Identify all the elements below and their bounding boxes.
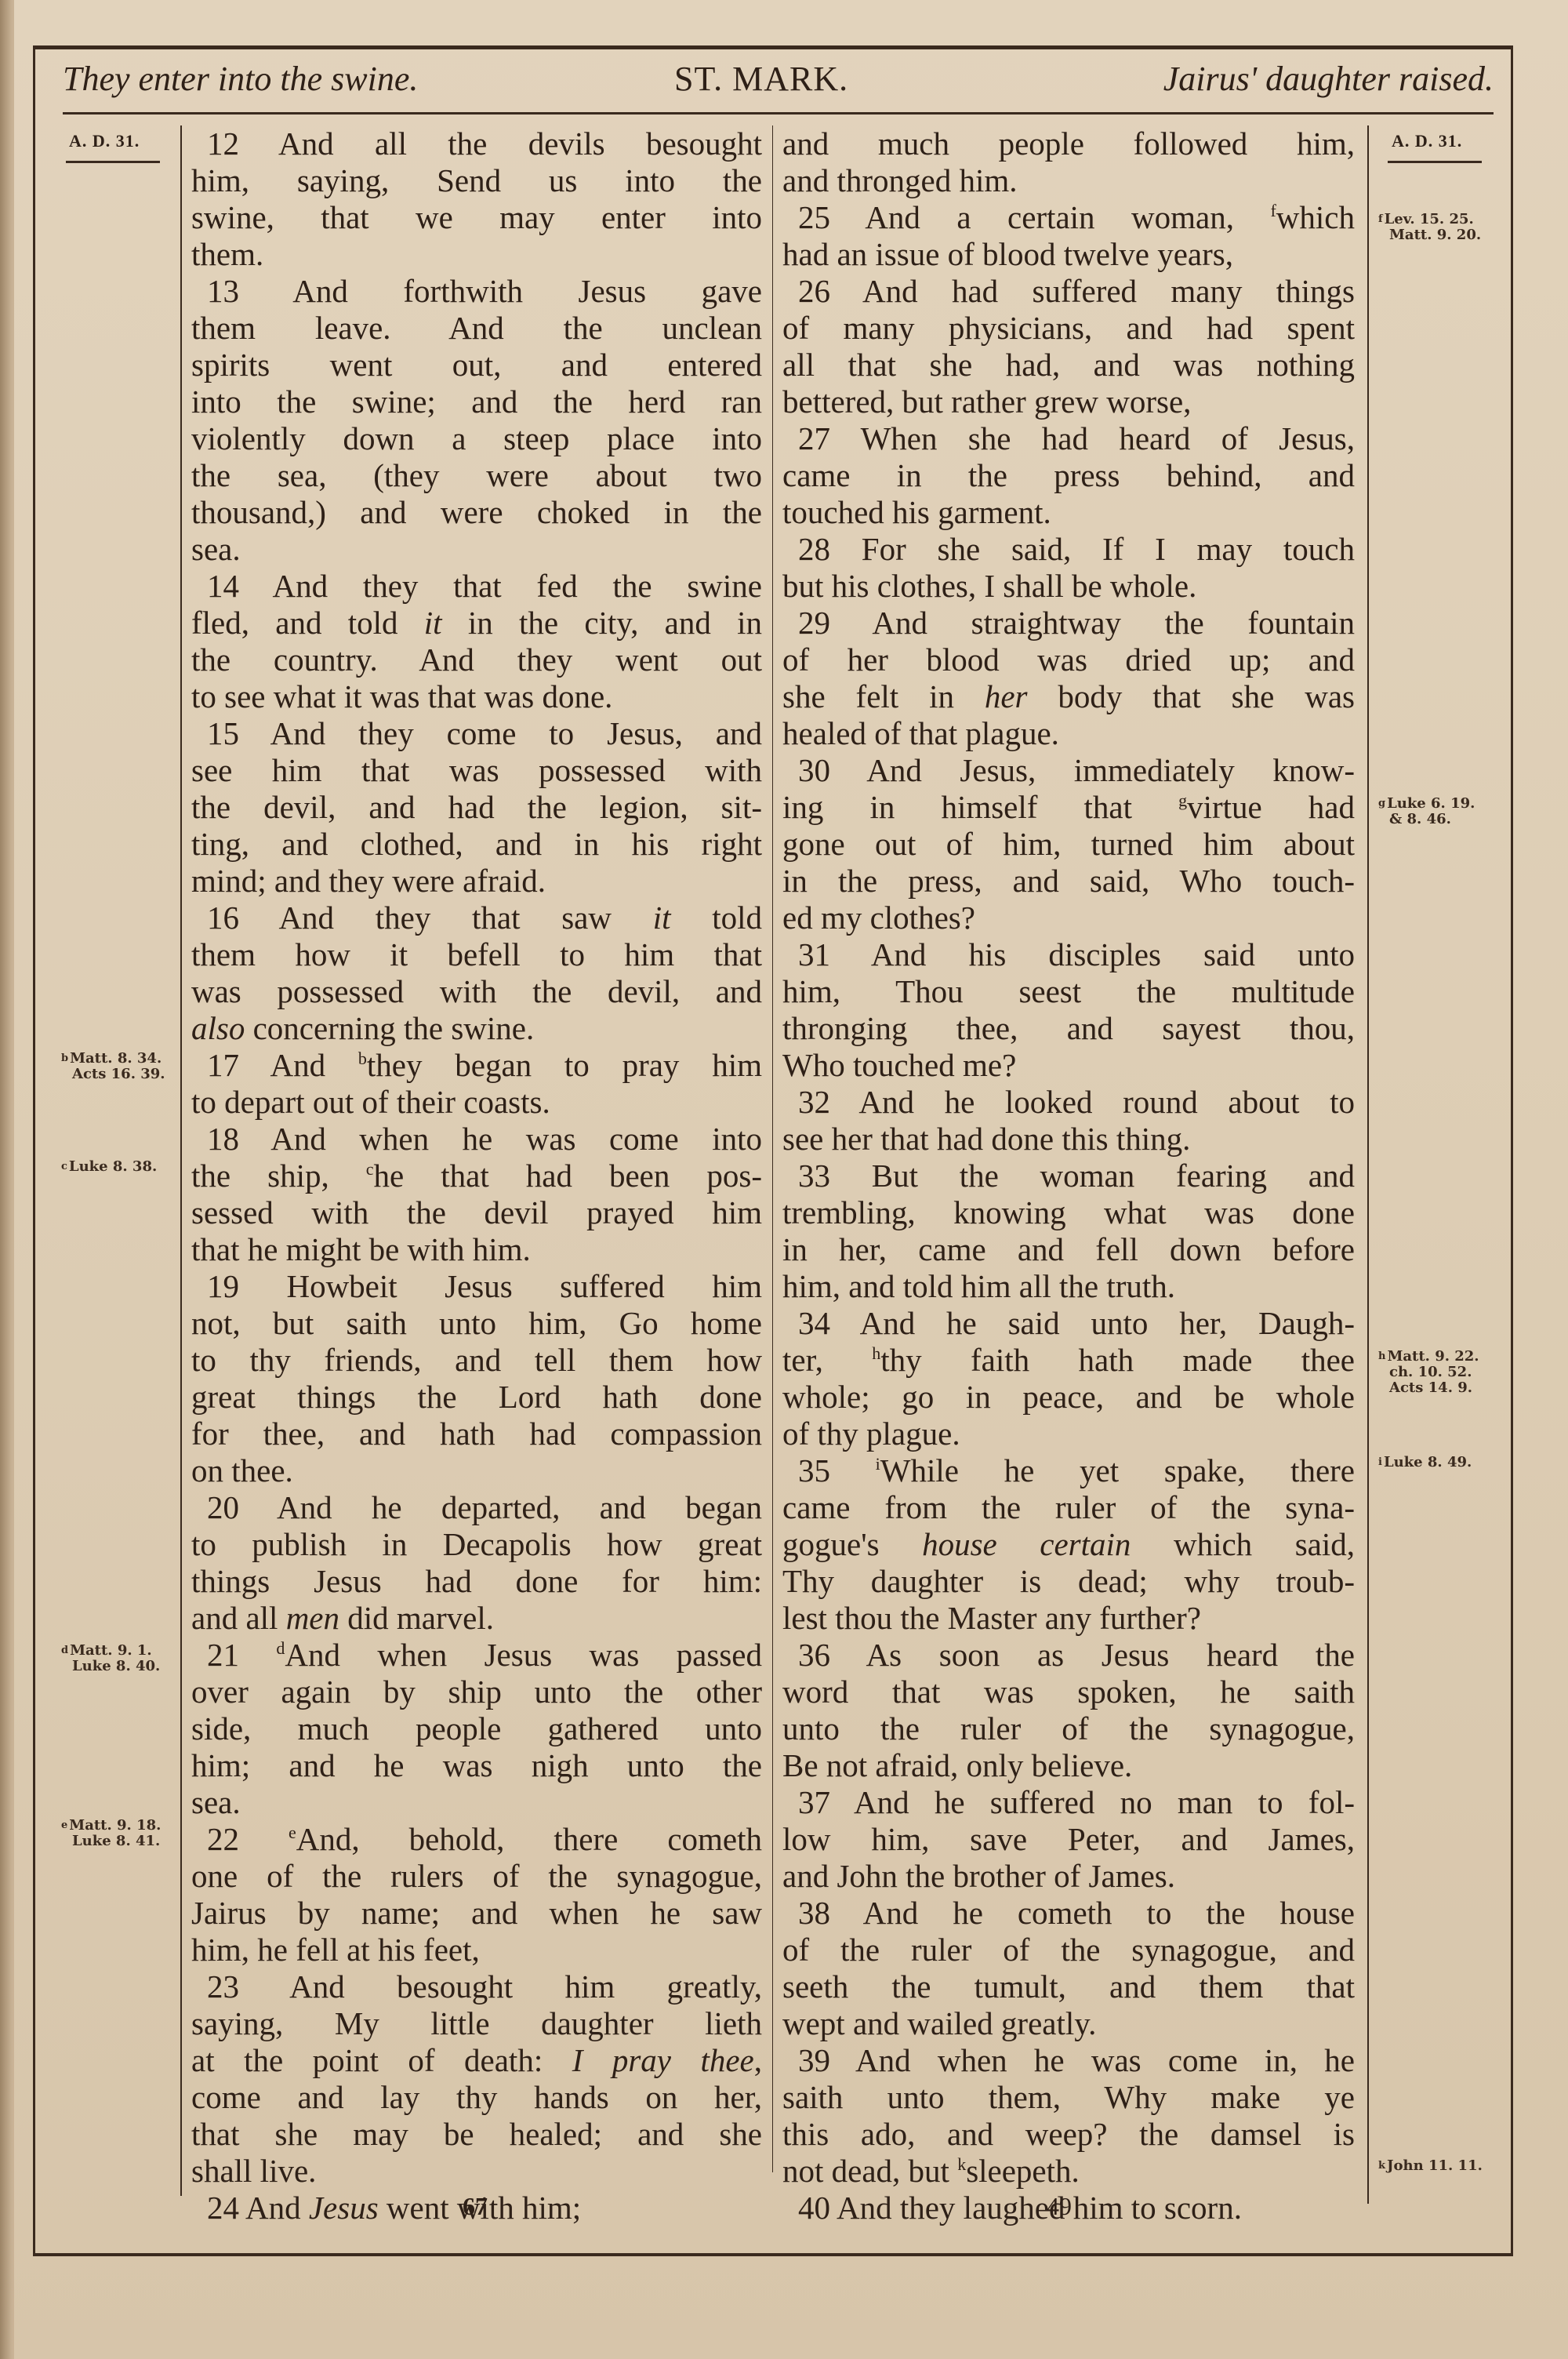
scripture-line: for thee, and hath had compassion <box>191 1416 762 1452</box>
reference-marker: h <box>872 1343 880 1363</box>
scripture-line: side, much people gathered unto <box>191 1710 762 1747</box>
scripture-line: ter, hthy faith hath made thee <box>782 1342 1355 1379</box>
scripture-line: 29 And straightway the fountain <box>782 605 1355 642</box>
reference-citation: Luke 6. 19. <box>1387 795 1475 812</box>
scripture-line: sessed with the devil prayed him <box>191 1194 762 1231</box>
scripture-line: 34 And he said unto her, Daugh- <box>782 1305 1355 1342</box>
marginal-reference: hMatt. 9. 22.ch. 10. 52.Acts 14. 9. <box>1378 1349 1479 1396</box>
scripture-line: great things the Lord hath done <box>191 1379 762 1416</box>
reference-citation: Matt. 9. 18. <box>69 1817 161 1834</box>
scripture-line: violently down a steep place into <box>191 420 762 457</box>
scripture-line: 15 And they come to Jesus, and <box>191 715 762 752</box>
scripture-line: word that was spoken, he saith <box>782 1674 1355 1710</box>
scripture-line: 26 And had suffered many things <box>782 273 1355 310</box>
scripture-line: 31 And his disciples said unto <box>782 936 1355 973</box>
reference-citation: Matt. 9. 20. <box>1389 227 1481 243</box>
left-margin-date-label: A. D. 31. <box>69 131 140 151</box>
scripture-line: him, saying, Send us into the <box>191 162 762 199</box>
scripture-line: him, he fell at his feet, <box>191 1932 762 1968</box>
reference-citation: ch. 10. 52. <box>1389 1364 1472 1380</box>
scripture-line: of her blood was dried up; and <box>782 642 1355 678</box>
scripture-line: to thy friends, and tell them how <box>191 1342 762 1379</box>
scripture-line: 14 And they that fed the swine <box>191 568 762 605</box>
scripture-line: 19 Howbeit Jesus suffered him <box>191 1268 762 1305</box>
scripture-line: to see what it was that was done. <box>191 678 762 715</box>
scripture-line: 30 And Jesus, immediately know- <box>782 752 1355 789</box>
marginal-reference: iLuke 8. 49. <box>1378 1455 1472 1470</box>
scripture-line: 36 As soon as Jesus heard the <box>782 1637 1355 1674</box>
left-margin-rule <box>180 125 182 2196</box>
scripture-line: 23 And besought him greatly, <box>191 1968 762 2005</box>
scripture-line: unto the ruler of the synagogue, <box>782 1710 1355 1747</box>
scripture-line: was possessed with the devil, and <box>191 973 762 1010</box>
italic-supplied-word: I pray thee <box>572 2042 754 2078</box>
scripture-line: shall live. <box>191 2153 762 2190</box>
reference-marker: c <box>61 1161 67 1172</box>
reference-marker: i <box>876 1454 880 1474</box>
scripture-line: ed my clothes? <box>782 900 1355 936</box>
scripture-line: came in the press behind, and <box>782 457 1355 494</box>
scripture-line: 35 iWhile he yet spake, there <box>782 1452 1355 1489</box>
reference-marker: h <box>1378 1350 1385 1362</box>
marginal-reference: eMatt. 9. 18.Luke 8. 41. <box>61 1818 161 1849</box>
scripture-line: him; and he was nigh unto the <box>191 1747 762 1784</box>
scripture-line: lest thou the Master any further? <box>782 1600 1355 1637</box>
reference-citation: John 11. 11. <box>1387 2157 1483 2174</box>
scripture-line: Be not afraid, only believe. <box>782 1747 1355 1784</box>
scripture-line: 28 For she said, If I may touch <box>782 531 1355 568</box>
scripture-line: 18 And when he was come into <box>191 1121 762 1158</box>
scripture-line: 37 And he suffered no man to fol- <box>782 1784 1355 1821</box>
reference-marker: f <box>1270 201 1276 220</box>
scripture-line: over again by ship unto the other <box>191 1674 762 1710</box>
scripture-line: saying, My little daughter lieth <box>191 2005 762 2042</box>
scripture-line: 12 And all the devils besought <box>191 125 762 162</box>
reference-marker: f <box>1378 213 1383 225</box>
reference-marker: g <box>1178 791 1187 810</box>
scripture-line: him, and told him all the truth. <box>782 1268 1355 1305</box>
scripture-line: come and lay thy hands on her, <box>191 2079 762 2116</box>
scripture-line: of many physicians, and had spent <box>782 310 1355 347</box>
scripture-line: of the ruler of the synagogue, and <box>782 1932 1355 1968</box>
reference-citation: Luke 8. 40. <box>72 1658 160 1674</box>
scripture-line: 20 And he departed, and began <box>191 1489 762 1526</box>
scripture-line: 17 And bthey began to pray him <box>191 1047 762 1084</box>
scripture-line: 25 And a certain woman, fwhich <box>782 199 1355 236</box>
scripture-line: not dead, but ksleepeth. <box>782 2153 1355 2190</box>
reference-citation: Luke 8. 38. <box>69 1158 157 1175</box>
scripture-line: saith unto them, Why make ye <box>782 2079 1355 2116</box>
scripture-line: 16 And they that saw it told <box>191 900 762 936</box>
scripture-line: at the point of death: I pray thee, <box>191 2042 762 2079</box>
italic-supplied-word: Jesus <box>309 2190 379 2226</box>
scripture-line: also concerning the swine. <box>191 1010 762 1047</box>
header-rule <box>63 112 1494 114</box>
folio-right: 49 <box>1047 2192 1072 2221</box>
scripture-line: Thy daughter is dead; why troub- <box>782 1563 1355 1600</box>
marginal-reference: dMatt. 9. 1.Luke 8. 40. <box>61 1643 160 1674</box>
scripture-line: swine, that we may enter into <box>191 199 762 236</box>
scripture-line: into the swine; and the herd ran <box>191 383 762 420</box>
scripture-line: 22 eAnd, behold, there cometh <box>191 1821 762 1858</box>
left-margin-date-rule <box>66 161 160 163</box>
scripture-line: and all men did marvel. <box>191 1600 762 1637</box>
reference-marker: b <box>61 1052 68 1064</box>
running-head-left: They enter into the swine. <box>63 52 418 107</box>
scripture-line: but his clothes, I shall be whole. <box>782 568 1355 605</box>
scripture-line: thronging thee, and sayest thou, <box>782 1010 1355 1047</box>
scripture-line: healed of that plague. <box>782 715 1355 752</box>
marginal-reference: fLev. 15. 25.Matt. 9. 20. <box>1378 212 1481 243</box>
scripture-line: the ship, che that had been pos- <box>191 1158 762 1194</box>
scripture-line: wept and wailed greatly. <box>782 2005 1355 2042</box>
reference-citation: Lev. 15. 25. <box>1385 211 1474 227</box>
scripture-line: trembling, knowing what was done <box>782 1194 1355 1231</box>
scripture-line: one of the rulers of the synagogue, <box>191 1858 762 1895</box>
scripture-line: had an issue of blood twelve years, <box>782 236 1355 273</box>
reference-citation: Matt. 9. 22. <box>1387 1348 1479 1365</box>
scripture-line: them how it befell to him that <box>191 936 762 973</box>
text-column-right: and much people followed him,and thronge… <box>782 125 1355 2226</box>
scripture-line: Jairus by name; and when he saw <box>191 1895 762 1932</box>
reference-citation: Luke 8. 41. <box>72 1833 160 1849</box>
scripture-line: things Jesus had done for him: <box>191 1563 762 1600</box>
reference-marker: c <box>366 1159 374 1179</box>
reference-marker: g <box>1378 798 1385 809</box>
marginal-reference: bMatt. 8. 34.Acts 16. 39. <box>61 1051 165 1082</box>
italic-supplied-word: her <box>985 678 1028 714</box>
scripture-line: not, but saith unto him, Go home <box>191 1305 762 1342</box>
scripture-line: gogue's house certain which said, <box>782 1526 1355 1563</box>
scripture-line: spirits went out, and entered <box>191 347 762 383</box>
italic-supplied-word: house certain <box>922 1526 1131 1562</box>
scripture-line: of thy plague. <box>782 1416 1355 1452</box>
reference-marker: d <box>61 1645 68 1656</box>
scripture-line: them leave. And the unclean <box>191 310 762 347</box>
right-margin-date-rule <box>1388 161 1482 163</box>
scripture-line: Who touched me? <box>782 1047 1355 1084</box>
scripture-line: seeth the tumult, and them that <box>782 1968 1355 2005</box>
reference-marker: i <box>1378 1456 1382 1468</box>
scripture-line: all that she had, and was nothing <box>782 347 1355 383</box>
scripture-line: fled, and told it in the city, and in <box>191 605 762 642</box>
reference-marker: k <box>1378 2160 1385 2172</box>
scripture-line: bettered, but rather grew worse, <box>782 383 1355 420</box>
italic-supplied-word: also <box>191 1010 245 1046</box>
italic-supplied-word: men <box>286 1600 339 1636</box>
reference-citation: Matt. 9. 1. <box>70 1642 152 1659</box>
scripture-line: and much people followed him, <box>782 125 1355 162</box>
running-head-right: Jairus' daughter raised. <box>1163 52 1494 107</box>
scripture-line: the country. And they went out <box>191 642 762 678</box>
right-margin-rule <box>1367 125 1369 2204</box>
scripture-line: sea. <box>191 1784 762 1821</box>
scripture-line: 27 When she had heard of Jesus, <box>782 420 1355 457</box>
reference-marker: e <box>289 1823 296 1842</box>
scripture-line: that he might be with him. <box>191 1231 762 1268</box>
scripture-line: mind; and they were afraid. <box>191 863 762 900</box>
scripture-line: whole; go in peace, and be whole <box>782 1379 1355 1416</box>
column-divider <box>772 125 773 2172</box>
reference-marker: d <box>276 1638 285 1658</box>
reference-marker: k <box>957 2154 966 2174</box>
running-head-book-title: ST. MARK. <box>674 52 848 107</box>
italic-supplied-word: it <box>424 605 442 641</box>
scripture-line: and John the brother of James. <box>782 1858 1355 1895</box>
scripture-line: in the press, and said, Who touch- <box>782 863 1355 900</box>
scripture-line: on thee. <box>191 1452 762 1489</box>
scripture-line: gone out of him, turned him about <box>782 826 1355 863</box>
reference-citation: Acts 16. 39. <box>72 1066 165 1082</box>
scripture-line: thousand,) and were choked in the <box>191 494 762 531</box>
scripture-line: see him that was possessed with <box>191 752 762 789</box>
scripture-line: to depart out of their coasts. <box>191 1084 762 1121</box>
right-margin-date-label: A. D. 31. <box>1392 131 1462 151</box>
scripture-line: and thronged him. <box>782 162 1355 199</box>
scripture-line: low him, save Peter, and James, <box>782 1821 1355 1858</box>
scripture-line: the devil, and had the legion, sit- <box>191 789 762 826</box>
scripture-line: touched his garment. <box>782 494 1355 531</box>
reference-citation: Acts 14. 9. <box>1389 1379 1472 1396</box>
scripture-line: came from the ruler of the syna- <box>782 1489 1355 1526</box>
marginal-reference: kJohn 11. 11. <box>1378 2158 1483 2174</box>
scripture-line: to publish in Decapolis how great <box>191 1526 762 1563</box>
scripture-line: 21 dAnd when Jesus was passed <box>191 1637 762 1674</box>
scripture-line: him, Thou seest the multitude <box>782 973 1355 1010</box>
scripture-line: ing in himself that gvirtue had <box>782 789 1355 826</box>
scripture-line: 38 And he cometh to the house <box>782 1895 1355 1932</box>
scripture-line: in her, came and fell down before <box>782 1231 1355 1268</box>
reference-marker: e <box>61 1819 67 1831</box>
folio-left: 67 <box>463 2192 488 2221</box>
scripture-line: the sea, (they were about two <box>191 457 762 494</box>
reference-citation: & 8. 46. <box>1389 811 1451 827</box>
scripture-line: she felt in her body that she was <box>782 678 1355 715</box>
scripture-line: 32 And he looked round about to <box>782 1084 1355 1121</box>
scripture-line: this ado, and weep? the damsel is <box>782 2116 1355 2153</box>
reference-marker: b <box>358 1049 367 1068</box>
marginal-reference: gLuke 6. 19.& 8. 46. <box>1378 796 1475 827</box>
scripture-line: that she may be healed; and she <box>191 2116 762 2153</box>
running-head: They enter into the swine. ST. MARK. Jai… <box>63 52 1494 107</box>
scripture-line: ting, and clothed, and in his right <box>191 826 762 863</box>
scripture-line: 39 And when he was come in, he <box>782 2042 1355 2079</box>
scripture-line: 13 And forthwith Jesus gave <box>191 273 762 310</box>
scripture-line: 33 But the woman fearing and <box>782 1158 1355 1194</box>
text-column-left: 12 And all the devils besoughthim, sayin… <box>191 125 762 2226</box>
scripture-line: sea. <box>191 531 762 568</box>
marginal-reference: cLuke 8. 38. <box>61 1159 157 1175</box>
reference-citation: Matt. 8. 34. <box>70 1050 162 1067</box>
scripture-line: see her that had done this thing. <box>782 1121 1355 1158</box>
reference-citation: Luke 8. 49. <box>1384 1454 1472 1470</box>
italic-supplied-word: it <box>653 900 671 936</box>
scripture-line: them. <box>191 236 762 273</box>
